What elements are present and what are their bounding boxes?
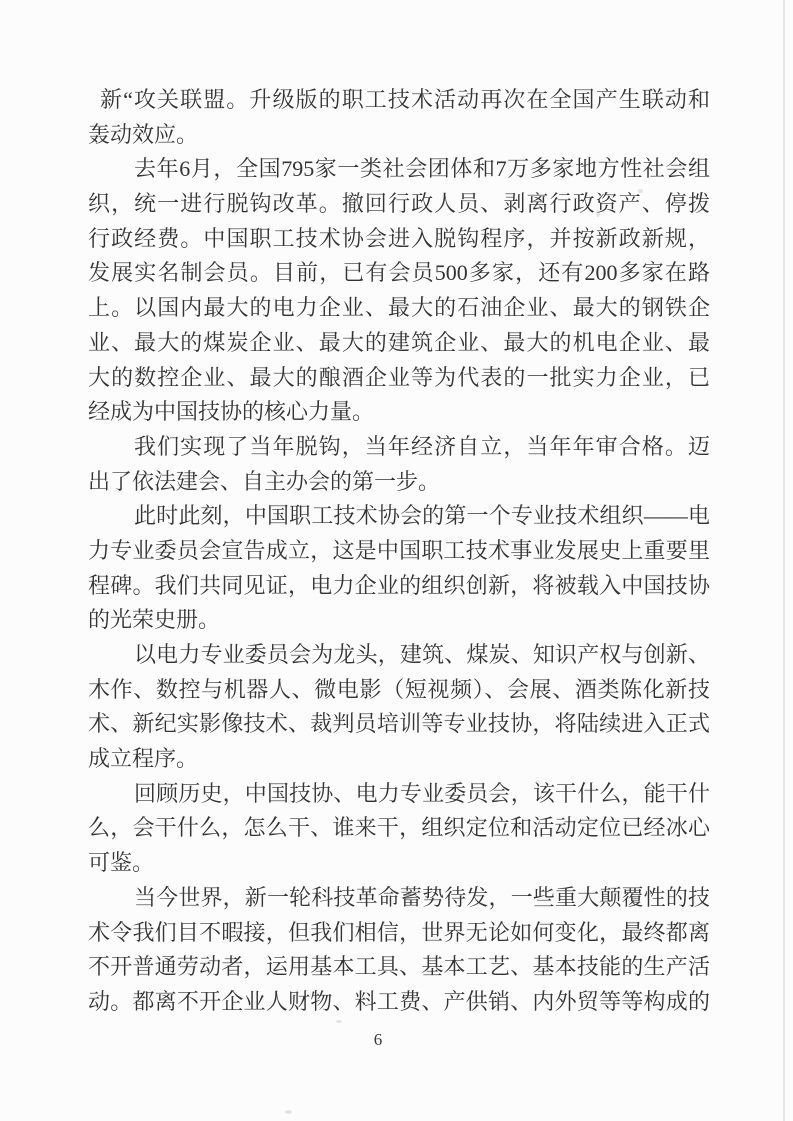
document-page: 新“攻关联盟。升级版的职工技术活动再次在全国产生联动和轰动效应。去年6月，全国7… — [0, 0, 793, 1121]
text-line: 轰动效应。 — [88, 118, 710, 153]
text-line: 去年6月，全国795家一类社会团体和7万多家地方性社会组 — [88, 152, 710, 187]
scan-edge-line — [783, 0, 785, 1121]
text-line: 的光荣史册。 — [88, 603, 710, 638]
text-line: 回顾历史，中国技协、电力专业委员会，该干什么，能干什 — [88, 777, 710, 812]
text-line: 新“攻关联盟。升级版的职工技术活动再次在全国产生联动和 — [88, 83, 710, 118]
scan-speckle — [285, 1110, 292, 1114]
text-line: 术、新纪实影像技术、裁判员培训等专业技协，将陆续进入正式 — [88, 707, 710, 742]
text-line: 可鉴。 — [88, 846, 710, 881]
text-line: 动。都离不开企业人财物、料工费、产供销、内外贸等等构成的 — [88, 985, 710, 1020]
text-line: 木作、数控与机器人、微电影（短视频）、会展、酒类陈化新技 — [88, 673, 710, 708]
scan-speckle — [596, 210, 600, 217]
text-line: 力专业委员会宣告成立，这是中国职工技术事业发展史上重要里 — [88, 534, 710, 569]
text-line: 大的数控企业、最大的酿酒企业等为代表的一批实力企业，已 — [88, 361, 710, 396]
text-block: 新“攻关联盟。升级版的职工技术活动再次在全国产生联动和轰动效应。去年6月，全国7… — [88, 83, 710, 1020]
text-line: 不开普通劳动者，运用基本工具、基本工艺、基本技能的生产活 — [88, 950, 710, 985]
text-line: 此时此刻，中国职工技术协会的第一个专业技术组织——电 — [88, 499, 710, 534]
scan-speckle — [638, 189, 643, 193]
text-line: 程碑。我们共同见证，电力企业的组织创新，将被载入中国技协 — [88, 569, 710, 604]
text-line: 织，统一进行脱钩改革。撤回行政人员、剥离行政资产、停拨 — [88, 187, 710, 222]
text-line: 经成为中国技协的核心力量。 — [88, 395, 710, 430]
text-line: 业、最大的煤炭企业、最大的建筑企业、最大的机电企业、最 — [88, 326, 710, 361]
text-line: 出了依法建会、自主办会的第一步。 — [88, 465, 710, 500]
text-line: 术令我们目不暇接，但我们相信，世界无论如何变化，最终都离 — [88, 916, 710, 951]
text-line: 么，会干什么，怎么干、谁来干，组织定位和活动定位已经冰心 — [88, 811, 710, 846]
text-line: 当今世界，新一轮科技革命蓄势待发，一些重大颠覆性的技 — [88, 881, 710, 916]
text-line: 行政经费。中国职工技术协会进入脱钩程序，并按新政新规， — [88, 222, 710, 257]
text-line: 发展实名制会员。目前，已有会员500多家，还有200多家在路 — [88, 256, 710, 291]
text-line: 上。以国内最大的电力企业、最大的石油企业、最大的钢铁企 — [88, 291, 710, 326]
text-line: 以电力专业委员会为龙头，建筑、煤炭、知识产权与创新、 — [88, 638, 710, 673]
text-line: 我们实现了当年脱钩，当年经济自立，当年年审合格。迈 — [88, 430, 710, 465]
page-number: 6 — [368, 1030, 388, 1050]
scan-speckle — [336, 1020, 342, 1023]
text-line: 成立程序。 — [88, 742, 710, 777]
